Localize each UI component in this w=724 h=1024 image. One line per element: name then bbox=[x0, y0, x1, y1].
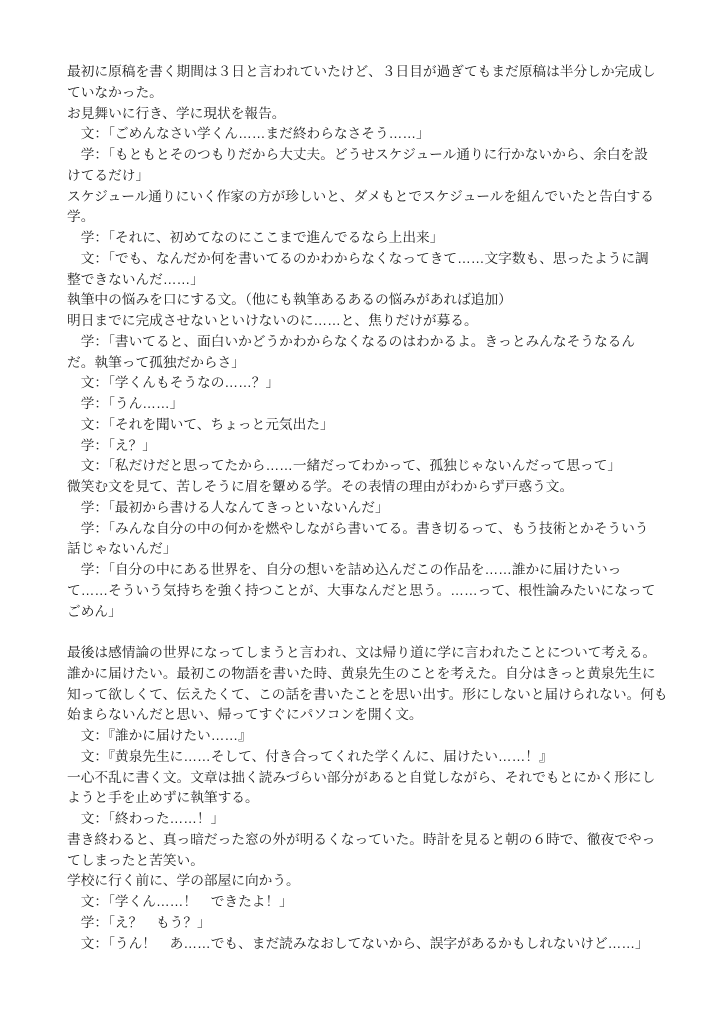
dialogue-line: 整できないんだ……」 bbox=[67, 270, 661, 291]
text-line: 明日までに完成させないといけないのに……と、焦りだけが募る。 bbox=[67, 311, 661, 332]
text-line: 書き終わると、真っ暗だった窓の外が明るくなっていた。時計を見ると朝の６時で、徹夜… bbox=[67, 830, 661, 851]
text-line: お見舞いに行き、学に現状を報告。 bbox=[67, 104, 661, 125]
document-page: 最初に原稿を書く期間は３日と言われていたけど、３日目が過ぎてもまだ原稿は半分しか… bbox=[0, 0, 724, 1024]
text-line: てしまったと苦笑い。 bbox=[67, 851, 661, 872]
dialogue-line: 学：「みんな自分の中の何かを燃やしながら書いてる。書き切るって、もう技術とかそう… bbox=[67, 519, 661, 540]
text-line: 誰かに届けたい。最初この物語を書いた時、黄泉先生のことを考えた。自分はきっと黄泉… bbox=[67, 664, 661, 685]
text-line: ようと手を止めずに執筆する。 bbox=[67, 788, 661, 809]
dialogue-line: 学：「もともとそのつもりだから大丈夫。どうせスケジュール通りに行かないから、余白… bbox=[67, 145, 661, 166]
text-line: 最後は感情論の世界になってしまうと言われ、文は帰り道に学に言われたことについて考… bbox=[67, 643, 661, 664]
dialogue-line: 文：「学くんもそうなの……？」 bbox=[67, 373, 661, 394]
blank-line bbox=[67, 622, 661, 643]
dialogue-line: 学：「え？ もう？」 bbox=[67, 913, 661, 934]
dialogue-line: 文：「でも、なんだか何を書いてるのかわからなくなってきて……文字数も、思ったよう… bbox=[67, 249, 661, 270]
text-line: 一心不乱に書く文。文章は拙く読みづらい部分があると自覚しながら、それでもとにかく… bbox=[67, 768, 661, 789]
text-line: スケジュール通りにいく作家の方が珍しいと、ダメもとでスケジュールを組んでいたと告… bbox=[67, 187, 661, 208]
dialogue-line: て……そういう気持ちを強く持つことが、大事なんだと思う。……って、根性論みたいに… bbox=[67, 581, 661, 602]
dialogue-line: 学：「自分の中にある世界を、自分の想いを詰め込んだこの作品を……誰かに届けたいっ bbox=[67, 560, 661, 581]
dialogue-line: だ。執筆って孤独だからさ」 bbox=[67, 353, 661, 374]
text-line: 学。 bbox=[67, 207, 661, 228]
dialogue-line: 文：「終わった……！」 bbox=[67, 809, 661, 830]
dialogue-line: 文：「私だけだと思ってたから……一緒だってわかって、孤独じゃないんだって思って」 bbox=[67, 456, 661, 477]
dialogue-line: 文：「学くん……！ できたよ！」 bbox=[67, 892, 661, 913]
text-line: 知って欲しくて、伝えたくて、この話を書いたことを思い出す。形にしないと届けられな… bbox=[67, 685, 661, 706]
dialogue-line: 文：『誰かに届けたい……』 bbox=[67, 726, 661, 747]
script-text-block: 最初に原稿を書く期間は３日と言われていたけど、３日目が過ぎてもまだ原稿は半分しか… bbox=[67, 62, 661, 954]
dialogue-line: 話じゃないんだ」 bbox=[67, 539, 661, 560]
dialogue-line: 文：「それを聞いて、ちょっと元気出た」 bbox=[67, 415, 661, 436]
dialogue-line: 学：「うん……」 bbox=[67, 394, 661, 415]
text-line: 学校に行く前に、学の部屋に向かう。 bbox=[67, 871, 661, 892]
dialogue-line: 学：「書いてると、面白いかどうかわからなくなるのはわかるよ。きっとみんなそうなる… bbox=[67, 332, 661, 353]
text-line: 執筆中の悩みを口にする文。（他にも執筆あるあるの悩みがあれば追加） bbox=[67, 290, 661, 311]
dialogue-line: 学：「それに、初めてなのにここまで進んでるなら上出来」 bbox=[67, 228, 661, 249]
dialogue-line: 学：「え？」 bbox=[67, 436, 661, 457]
dialogue-line: 文：『黄泉先生に……そして、付き合ってくれた学くんに、届けたい……！』 bbox=[67, 747, 661, 768]
dialogue-line: ごめん」 bbox=[67, 602, 661, 623]
dialogue-line: 文：「うん！ あ……でも、まだ読みなおしてないから、誤字があるかもしれないけど…… bbox=[67, 934, 661, 955]
dialogue-line: 学：「最初から書ける人なんてきっといないんだ」 bbox=[67, 498, 661, 519]
dialogue-line: けてるだけ」 bbox=[67, 166, 661, 187]
text-line: ていなかった。 bbox=[67, 83, 661, 104]
text-line: 始まらないんだと思い、帰ってすぐにパソコンを開く文。 bbox=[67, 705, 661, 726]
text-line: 最初に原稿を書く期間は３日と言われていたけど、３日目が過ぎてもまだ原稿は半分しか… bbox=[67, 62, 661, 83]
text-line: 微笑む文を見て、苦しそうに眉を顰める学。その表情の理由がわからず戸惑う文。 bbox=[67, 477, 661, 498]
dialogue-line: 文：「ごめんなさい学くん……まだ終わらなさそう……」 bbox=[67, 124, 661, 145]
